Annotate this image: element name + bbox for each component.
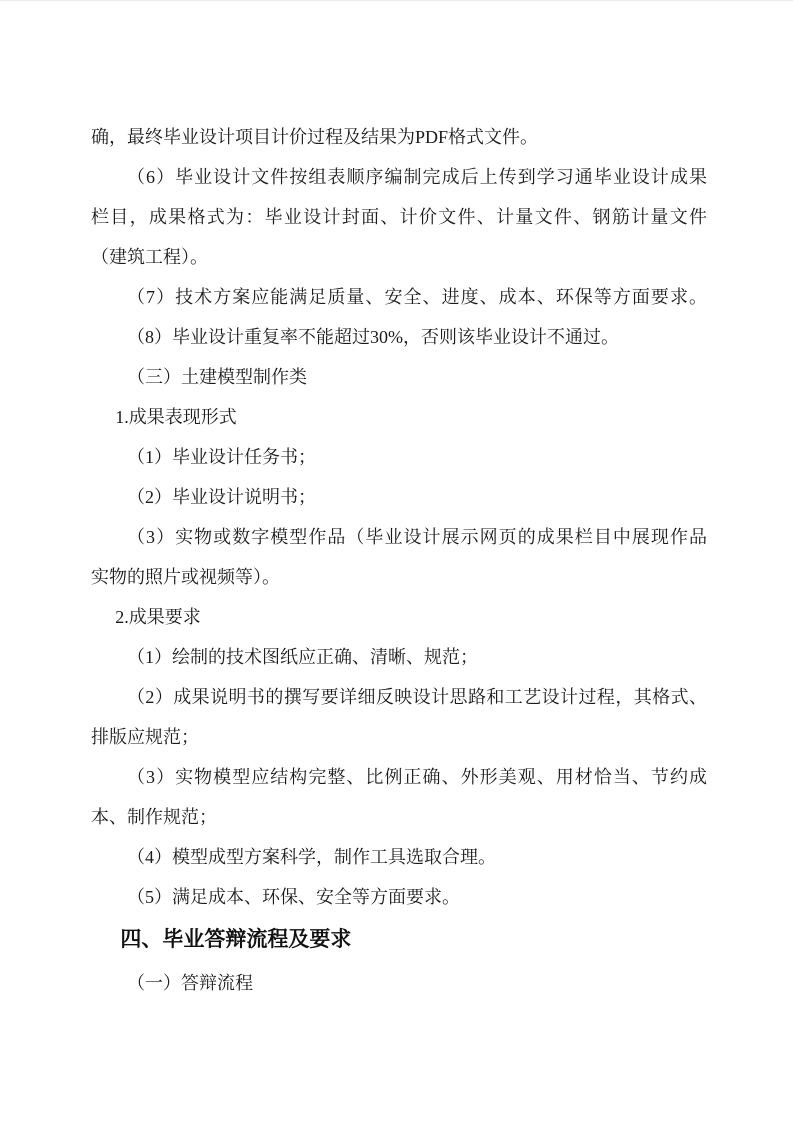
text-line: （建筑工程）。 [91, 237, 707, 277]
text-line: （4）模型成型方案科学，制作工具选取合理。 [91, 837, 707, 877]
paragraph: （5）满足成本、环保、安全等方面要求。 [91, 877, 707, 917]
text-line: （2）毕业设计说明书； [91, 477, 707, 517]
text-line: 确，最终毕业设计项目计价过程及结果为PDF格式文件。 [91, 117, 707, 157]
text-line: （8）毕业设计重复率不能超过30%，否则该毕业设计不通过。 [91, 317, 707, 357]
paragraph: （一）答辩流程 [91, 963, 707, 1003]
paragraph: （3）实物或数字模型作品（毕业设计展示网页的成果栏目中展现作品实物的照片或视频等… [91, 517, 707, 597]
text-line: 本、制作规范； [91, 797, 707, 837]
text-line: （一）答辩流程 [91, 963, 707, 1003]
text-line: （1）绘制的技术图纸应正确、清晰、规范； [91, 637, 707, 677]
text-line: 1.成果表现形式 [91, 397, 707, 437]
text-line: （2）成果说明书的撰写要详细反映设计思路和工艺设计过程，其格式、 [91, 677, 707, 717]
paragraph: （2）毕业设计说明书； [91, 477, 707, 517]
paragraph: 确，最终毕业设计项目计价过程及结果为PDF格式文件。 [91, 117, 707, 157]
section-heading-text: 四、毕业答辩流程及要求 [91, 917, 707, 963]
document-page: 确，最终毕业设计项目计价过程及结果为PDF格式文件。（6）毕业设计文件按组表顺序… [0, 0, 793, 1122]
paragraph: （3）实物模型应结构完整、比例正确、外形美观、用材恰当、节约成本、制作规范； [91, 757, 707, 837]
text-line: （三）土建模型制作类 [91, 357, 707, 397]
text-line: 实物的照片或视频等）。 [91, 557, 707, 597]
text-line: （6）毕业设计文件按组表顺序编制完成后上传到学习通毕业设计成果 [91, 157, 707, 197]
text-line: （3）实物模型应结构完整、比例正确、外形美观、用材恰当、节约成 [91, 757, 707, 797]
paragraph: （4）模型成型方案科学，制作工具选取合理。 [91, 837, 707, 877]
text-line: （7）技术方案应能满足质量、安全、进度、成本、环保等方面要求。 [91, 277, 707, 317]
text-line: （5）满足成本、环保、安全等方面要求。 [91, 877, 707, 917]
paragraph: （7）技术方案应能满足质量、安全、进度、成本、环保等方面要求。 [91, 277, 707, 317]
paragraph: 1.成果表现形式 [91, 397, 707, 437]
text-line: 排版应规范； [91, 717, 707, 757]
paragraph: 2.成果要求 [91, 597, 707, 637]
text-line: 2.成果要求 [91, 597, 707, 637]
text-line: （1）毕业设计任务书； [91, 437, 707, 477]
paragraph: （8）毕业设计重复率不能超过30%，否则该毕业设计不通过。 [91, 317, 707, 357]
paragraph: （6）毕业设计文件按组表顺序编制完成后上传到学习通毕业设计成果栏目，成果格式为：… [91, 157, 707, 277]
paragraph: （1）毕业设计任务书； [91, 437, 707, 477]
text-line: （3）实物或数字模型作品（毕业设计展示网页的成果栏目中展现作品 [91, 517, 707, 557]
paragraph: （1）绘制的技术图纸应正确、清晰、规范； [91, 637, 707, 677]
paragraph: （三）土建模型制作类 [91, 357, 707, 397]
paragraph: （2）成果说明书的撰写要详细反映设计思路和工艺设计过程，其格式、排版应规范； [91, 677, 707, 757]
text-line: 栏目，成果格式为：毕业设计封面、计价文件、计量文件、钢筋计量文件 [91, 197, 707, 237]
section-heading: 四、毕业答辩流程及要求 [91, 917, 707, 963]
document-content: 确，最终毕业设计项目计价过程及结果为PDF格式文件。（6）毕业设计文件按组表顺序… [91, 117, 707, 1003]
